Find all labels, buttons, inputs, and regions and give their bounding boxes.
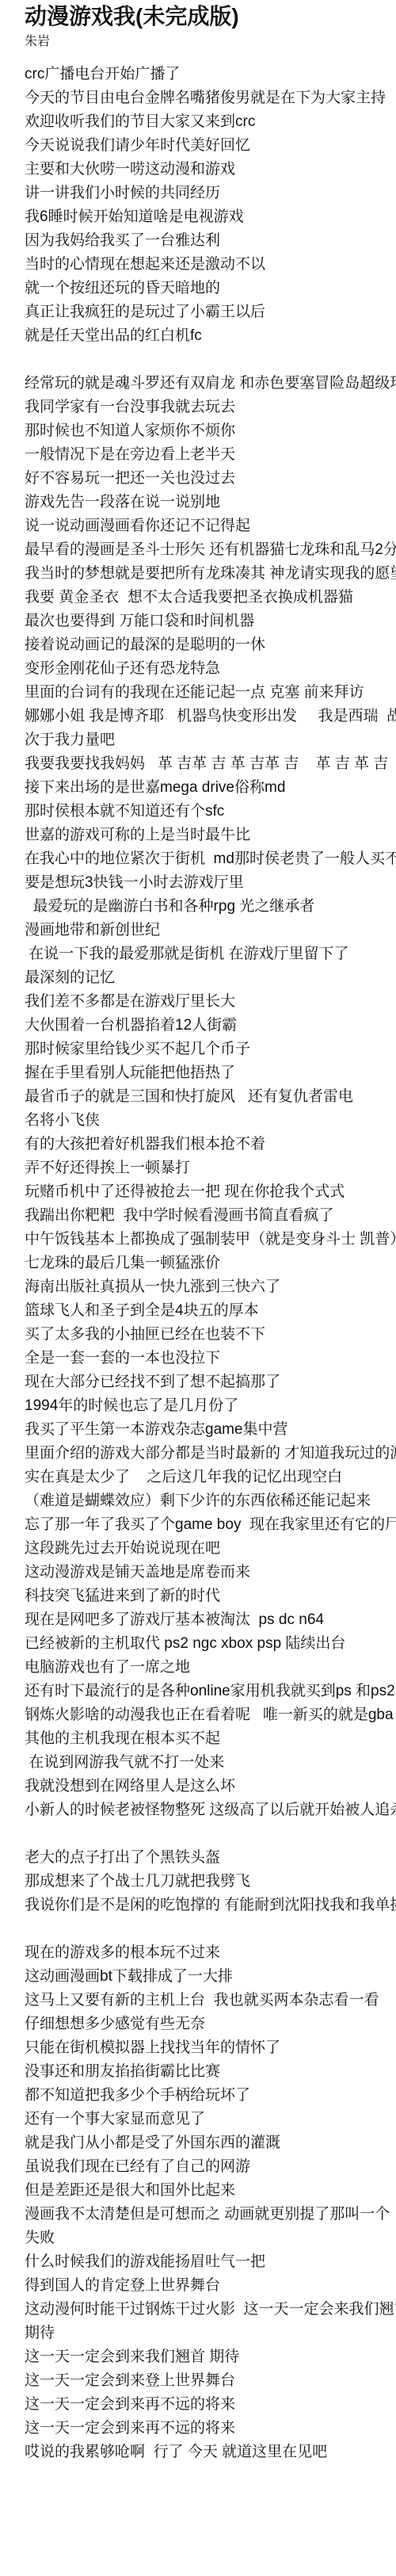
text-line: 但是差距还是很大和国外比起来	[25, 2179, 396, 2203]
text-line: 没事还和朋友掐掐街霸比比赛	[25, 2060, 396, 2084]
text-line: 仔细想想多少感觉有些无奈	[25, 2012, 396, 2036]
text-line: 那时候家里给钱少买不起几个币子	[25, 1038, 396, 1061]
text-line: 只能在街机模拟器上找找当年的情怀了	[25, 2036, 396, 2060]
text-line: 忘了那一年了我买了个game boy 现在我家里还有它的尸体	[25, 1513, 396, 1537]
document-page: 动漫游戏我(未完成版) 朱岩 crc广播电台开始广播了今天的节目由电台金牌名嘴猪…	[0, 0, 396, 2576]
text-line: 什么时候我们的游戏能扬眉吐气一把	[25, 2250, 396, 2274]
text-line: 哎说的我累够呛啊 行了 今天 就道这里在见吧	[25, 2440, 396, 2464]
text-line: 次于我力量吧	[25, 728, 396, 752]
text-line: 都不知道把我多少个手柄给玩坏了	[25, 2084, 396, 2108]
text-line: 在我心中的地位紧次于街机 md那时侯老贵了一般人买不起	[25, 847, 396, 871]
text-line: 其他的主机我现在根本买不起	[25, 1727, 396, 1751]
text-line: 真正让我疯狂的是玩过了小霸王以后	[25, 300, 396, 324]
text-line: 我买了平生第一本游戏杂志game集中营	[25, 1418, 396, 1442]
author-name: 朱岩	[25, 35, 396, 49]
text-line: 最省币子的就是三国和快打旋风 还有复仇者雷电	[25, 1085, 396, 1109]
text-line: 现在大部分已经找不到了想不起搞那了	[25, 1370, 396, 1394]
text-line: 还有一个事大家显而意见了	[25, 2108, 396, 2131]
text-line: 期待	[25, 2322, 396, 2345]
text-line: 今天说说我们请少年时代美好回忆	[25, 134, 396, 158]
text-line: 科技突飞猛进来到了新的时代	[25, 1584, 396, 1608]
text-line: 就一个按纽还玩的昏天暗地的	[25, 277, 396, 300]
text-line: 玩赌币机中了还得被抢去一把 现在你抢我个式式	[25, 1180, 396, 1204]
text-line: 变形金刚花仙子还有恐龙特急	[25, 657, 396, 681]
text-line: 这动漫游戏是铺天盖地是席卷而来	[25, 1561, 396, 1584]
text-line: 就是任天堂出品的红白机fc	[25, 324, 396, 348]
text-line: 在说到网游我气就不打一处来	[25, 1751, 396, 1775]
text-line: 一般情况下是在旁边看上老半天	[25, 443, 396, 467]
text-line: 接下来出场的是世嘉mega drive俗称md	[25, 776, 396, 800]
text-line: 这段跳先过去开始说说现在吧	[25, 1537, 396, 1561]
text-line: 握在手里看别人玩能把他捂热了	[25, 1061, 396, 1085]
text-line: 漫画地带和新创世纪	[25, 919, 396, 942]
text-line: 失败	[25, 2226, 396, 2250]
text-line: 这动画漫画bt下载排成了一大排	[25, 1965, 396, 1989]
text-line: 我当时的梦想就是要把所有龙珠凑其 神龙请实现我的愿望吧	[25, 562, 396, 586]
text-line: 这一天一定会到来再不远的将来	[25, 2417, 396, 2440]
text-line: 现在是网吧多了游戏厅基本被淘汰 ps dc n64	[25, 1608, 396, 1632]
text-line: 1994年的时候也忘了是几月份了	[25, 1394, 396, 1418]
text-line: 这一天一定会到来我们翘首 期待	[25, 2345, 396, 2369]
text-line: 我同学家有一台没事我就去玩去	[25, 396, 396, 419]
text-line: 我要我要找我妈妈 革 吉革 吉 革 吉革 吉 革 吉 革 吉	[25, 752, 396, 776]
text-line: 主要和大伙唠一唠这动漫和游戏	[25, 158, 396, 182]
text-line: 我6睡时候开始知道啥是电视游戏	[25, 205, 396, 229]
text-line: 钢炼火影啥的动漫我也正在看着呢 唯一新买的就是gba	[25, 1703, 396, 1727]
text-line: 现在的游戏多的根本玩不过来	[25, 1941, 396, 1965]
text-line: 欢迎收听我们的节目大家又来到crc	[25, 110, 396, 134]
text-line: 游戏先告一段落在说一说别地	[25, 491, 396, 514]
page-title: 动漫游戏我(未完成版)	[25, 3, 396, 30]
text-line: 最次也要得到 万能口袋和时间机器	[25, 610, 396, 633]
text-line: 得到国人的肯定登上世界舞台	[25, 2274, 396, 2298]
document-body: crc广播电台开始广播了今天的节目由电台金牌名嘴猪俊男就是在下为大家主持欢迎收听…	[25, 63, 396, 2464]
text-line: 这一天一定会到来再不远的将来	[25, 2393, 396, 2417]
text-line: 这一天一定会到来登上世界舞台	[25, 2369, 396, 2393]
text-line: 电脑游戏也有了一席之地	[25, 1656, 396, 1680]
text-line: 最深刻的记忆	[25, 966, 396, 990]
text-line: 七龙珠的最后几集一顿猛涨价	[25, 1252, 396, 1275]
text-line: 娜娜小姐 我是博齐耶 机器鸟快变形出发 我是西瑞 战神之力仅	[25, 705, 396, 728]
text-line: 我就没想到在网络里人是这么坏	[25, 1775, 396, 1798]
text-line: 名将小飞侠	[25, 1109, 396, 1133]
text-line: 老大的点子打出了个黑铁头盔	[25, 1846, 396, 1870]
text-line: 小新人的时候老被怪物整死 这级高了以后就开始被人追杀	[25, 1798, 396, 1822]
text-line: 我踹出你粑粑 我中学时候看漫画书简直看疯了	[25, 1204, 396, 1228]
text-line	[25, 348, 396, 372]
text-line: 当时的心情现在想起来还是激动不以	[25, 253, 396, 277]
text-line: 全是一套一套的一本也没拉下	[25, 1347, 396, 1370]
text-line: 好不容易玩一把还一关也没过去	[25, 467, 396, 491]
text-line: 买了太多我的小抽匣已经在也装不下	[25, 1323, 396, 1347]
text-line: 因为我妈给我买了一台雅达利	[25, 229, 396, 253]
text-line: crc广播电台开始广播了	[25, 63, 396, 86]
text-line: 说一说动画漫画看你还记不记得起	[25, 514, 396, 538]
text-line: 今天的节目由电台金牌名嘴猪俊男就是在下为大家主持	[25, 86, 396, 110]
text-line: 要是想玩3快钱一小时去游戏厅里	[25, 871, 396, 895]
text-line	[25, 1917, 396, 1941]
text-line: 就是我门从小都是受了外国东西的灌溉	[25, 2131, 396, 2155]
text-line: 有的大孩把着好机器我们根本抢不着	[25, 1133, 396, 1156]
text-line: （难道是蝴蝶效应）剩下少许的东西依稀还能记起来	[25, 1489, 396, 1513]
text-line: 里面介绍的游戏大部分都是当时最新的 才知道我玩过的游戏	[25, 1442, 396, 1466]
text-line: 里面的台词有的我现在还能记起一点 克塞 前来拜访	[25, 681, 396, 705]
text-line: 我说你们是不是闲的吃饱撑的 有能耐到沈阳找我和我单挑	[25, 1894, 396, 1917]
text-line: 世嘉的游戏可称的上是当时最牛比	[25, 824, 396, 847]
text-line: 最爱玩的是幽游白书和各种rpg 光之继承者	[25, 895, 396, 919]
text-line: 大伙围着一台机器掐着12人街霸	[25, 1014, 396, 1038]
text-line: 最早看的漫画是圣斗士形矢 还有机器猫七龙珠和乱马2分之1	[25, 538, 396, 562]
text-line: 接着说动画记的最深的是聪明的一休	[25, 633, 396, 657]
text-line: 那成想来了个战士几刀就把我劈飞	[25, 1870, 396, 1894]
text-line: 我们差不多都是在游戏厅里长大	[25, 990, 396, 1014]
text-line: 篮球飞人和圣子到全是4块五的厚本	[25, 1299, 396, 1323]
text-line: 我要 黄金圣衣 想不太合适我要把圣衣换成机器猫	[25, 586, 396, 610]
text-line: 海南出版社真损从一快九涨到三快六了	[25, 1275, 396, 1299]
document-content: 动漫游戏我(未完成版) 朱岩 crc广播电台开始广播了今天的节目由电台金牌名嘴猪…	[0, 0, 396, 2464]
text-line: 实在真是太少了 之后这几年我的记忆出现空白	[25, 1466, 396, 1489]
text-line: 那时候也不知道人家烦你不烦你	[25, 419, 396, 443]
text-line: 这马上又要有新的主机上台 我也就买两本杂志看一看	[25, 1989, 396, 2012]
text-line: 讲一讲我们小时候的共同经历	[25, 182, 396, 205]
text-line: 弄不好还得挨上一顿暴打	[25, 1156, 396, 1180]
text-line: 那时侯根本就不知道还有个sfc	[25, 800, 396, 824]
text-line: 还有时下最流行的是各种online家用机我就买到ps 和ps2	[25, 1680, 396, 1703]
text-line: 中午饭钱基本上都换成了强制装甲（就是变身斗士 凯普）	[25, 1228, 396, 1252]
text-line: 在说一下我的最爱那就是街机 在游戏厅里留下了	[25, 942, 396, 966]
text-line: 已经被新的主机取代 ps2 ngc xbox psp 陆续出台	[25, 1632, 396, 1656]
text-line: 这动漫何时能干过钢炼干过火影 这一天一定会来我们翘首	[25, 2298, 396, 2322]
text-line: 经常玩的就是魂斗罗还有双肩龙 和赤色要塞冒险岛超级玛丽	[25, 372, 396, 396]
text-line	[25, 1822, 396, 1846]
text-line: 虽说我们现在已经有了自己的网游	[25, 2155, 396, 2179]
text-line: 漫画我不太清楚但是可想而之 动画就更别提了那叫一个	[25, 2203, 396, 2226]
